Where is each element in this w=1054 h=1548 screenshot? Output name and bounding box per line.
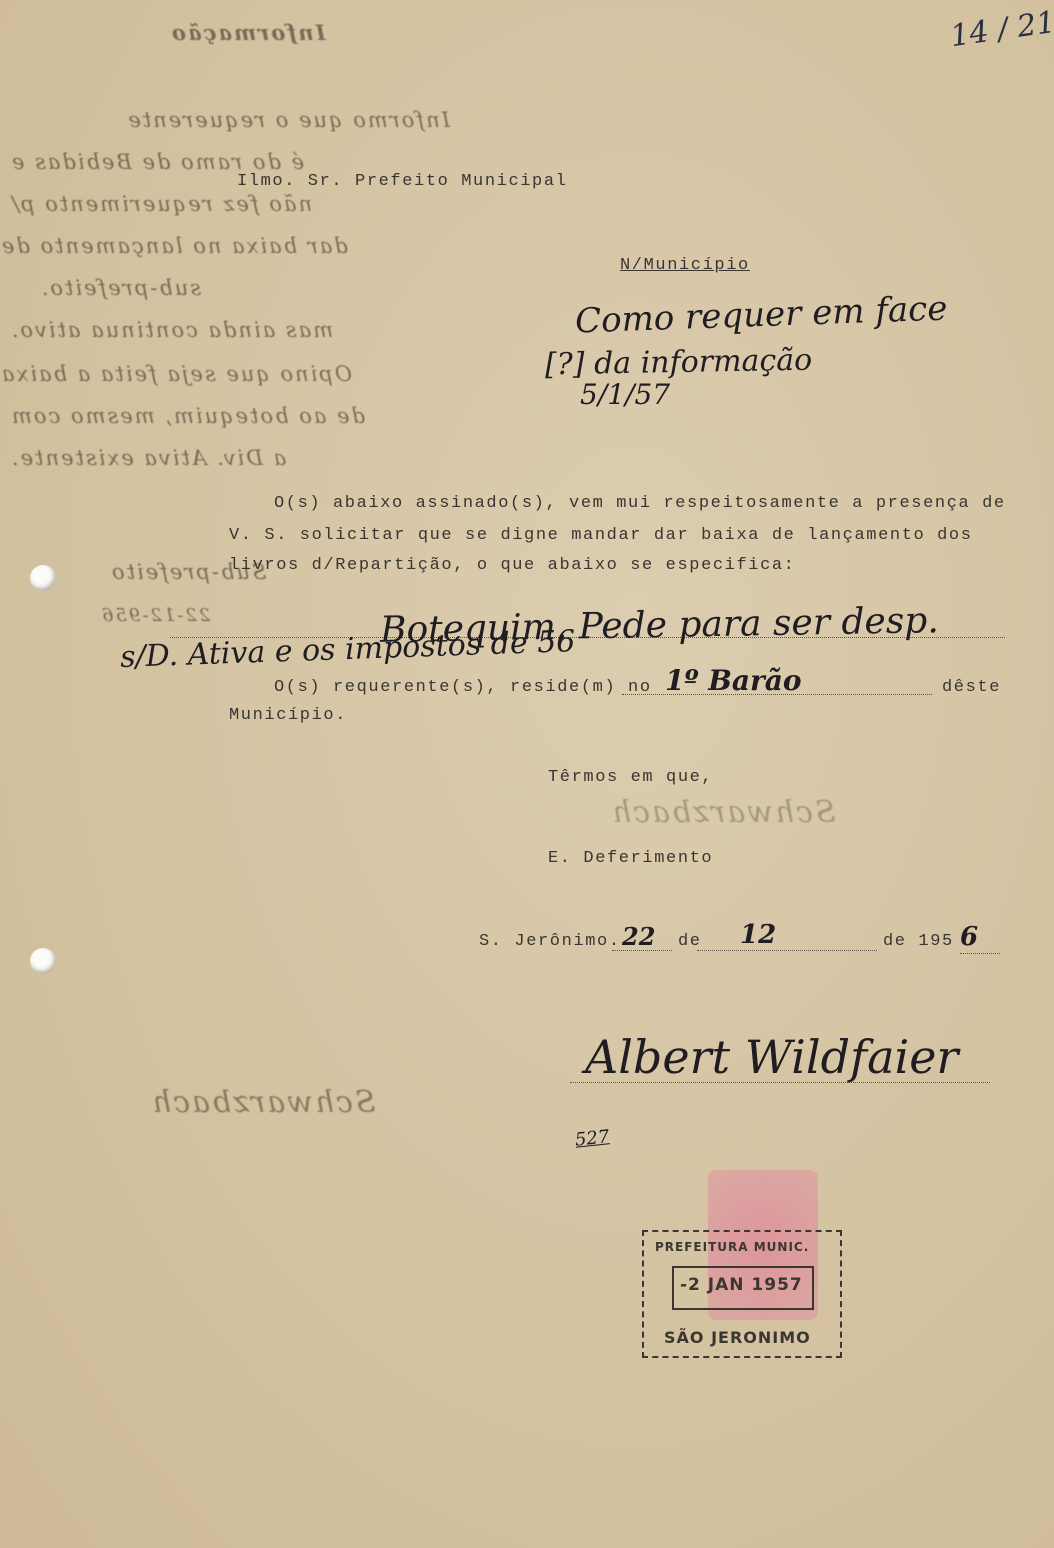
dispatch-note-line1: Como requer em face — [574, 289, 948, 342]
body-line-3: livros d/Repartição, o que abaixo se esp… — [229, 556, 795, 575]
date-year-digit: 6 — [960, 922, 978, 952]
bleed-through-line: 22-12-956 — [100, 605, 210, 626]
residence-value: 1º Barão — [665, 664, 802, 697]
bleed-through-line: é do ramo de Bebidas e — [10, 150, 304, 174]
bleed-through-line: dar baixa no lançamento de — [0, 234, 348, 258]
date-day: 22 — [622, 922, 655, 951]
date-de-1: de — [678, 932, 702, 951]
bleed-through-signature: Schwarzbach — [610, 795, 836, 830]
date-month-line — [697, 950, 877, 951]
date-month: 12 — [740, 920, 776, 950]
date-de-2: de 195 — [883, 932, 954, 951]
postmark-bottom-text: SÃO JERONIMO — [664, 1328, 811, 1347]
signature: Albert Wildfaier — [585, 1030, 958, 1084]
punch-hole — [30, 948, 56, 974]
bleed-through-line: mas ainda continua ativo. — [10, 318, 333, 342]
residence-line-2: Município. — [229, 706, 347, 725]
postmark-top-text: PREFEITURA MUNIC. — [655, 1240, 809, 1254]
residence-suffix: dêste — [942, 678, 1001, 697]
bleed-through-signature: Schwarzbach — [150, 1085, 376, 1120]
body-line-1: O(s) abaixo assinado(s), vem mui respeit… — [274, 494, 1006, 513]
bleed-through-title: Informação — [170, 20, 325, 45]
punch-hole — [30, 565, 56, 591]
dispatch-note-date: 5/1/57 — [580, 378, 670, 411]
closing-line-1: Têrmos em que, — [548, 768, 713, 787]
addressee: Ilmo. Sr. Prefeito Municipal — [237, 172, 567, 191]
specification-line-2: s/D. Ativa e os impostos de 56 — [120, 624, 576, 675]
reference-number: 527 — [574, 1126, 610, 1150]
closing-line-2: E. Deferimento — [548, 849, 713, 868]
document-page: Informação Informo que o requerente é do… — [0, 0, 1054, 1548]
date-year-line — [960, 953, 1000, 954]
postmark-date: -2 JAN 1957 — [680, 1275, 803, 1295]
corner-note: 14 / 216. — [948, 1, 1054, 54]
dispatch-note-line2: [?] da informação — [545, 343, 813, 383]
bleed-through-line: a Div. Ativa existente. — [10, 446, 286, 470]
bleed-through-line: não fez requerimento p/ — [10, 192, 312, 216]
bleed-through-line: Opino que seja feita a baixa — [0, 362, 352, 386]
bleed-through-line: de ao botequim, mesmo com — [10, 404, 365, 428]
location-header: N/Município — [620, 256, 750, 275]
bleed-through-line: sub-prefeito. — [40, 276, 201, 300]
date-place: S. Jerônimo. — [479, 932, 621, 951]
bleed-through-line: Informo que o requerente — [10, 108, 450, 132]
body-line-2: V. S. solicitar que se digne mandar dar … — [229, 526, 973, 545]
residence-prefix: O(s) requerente(s), reside(m) no — [274, 678, 652, 697]
